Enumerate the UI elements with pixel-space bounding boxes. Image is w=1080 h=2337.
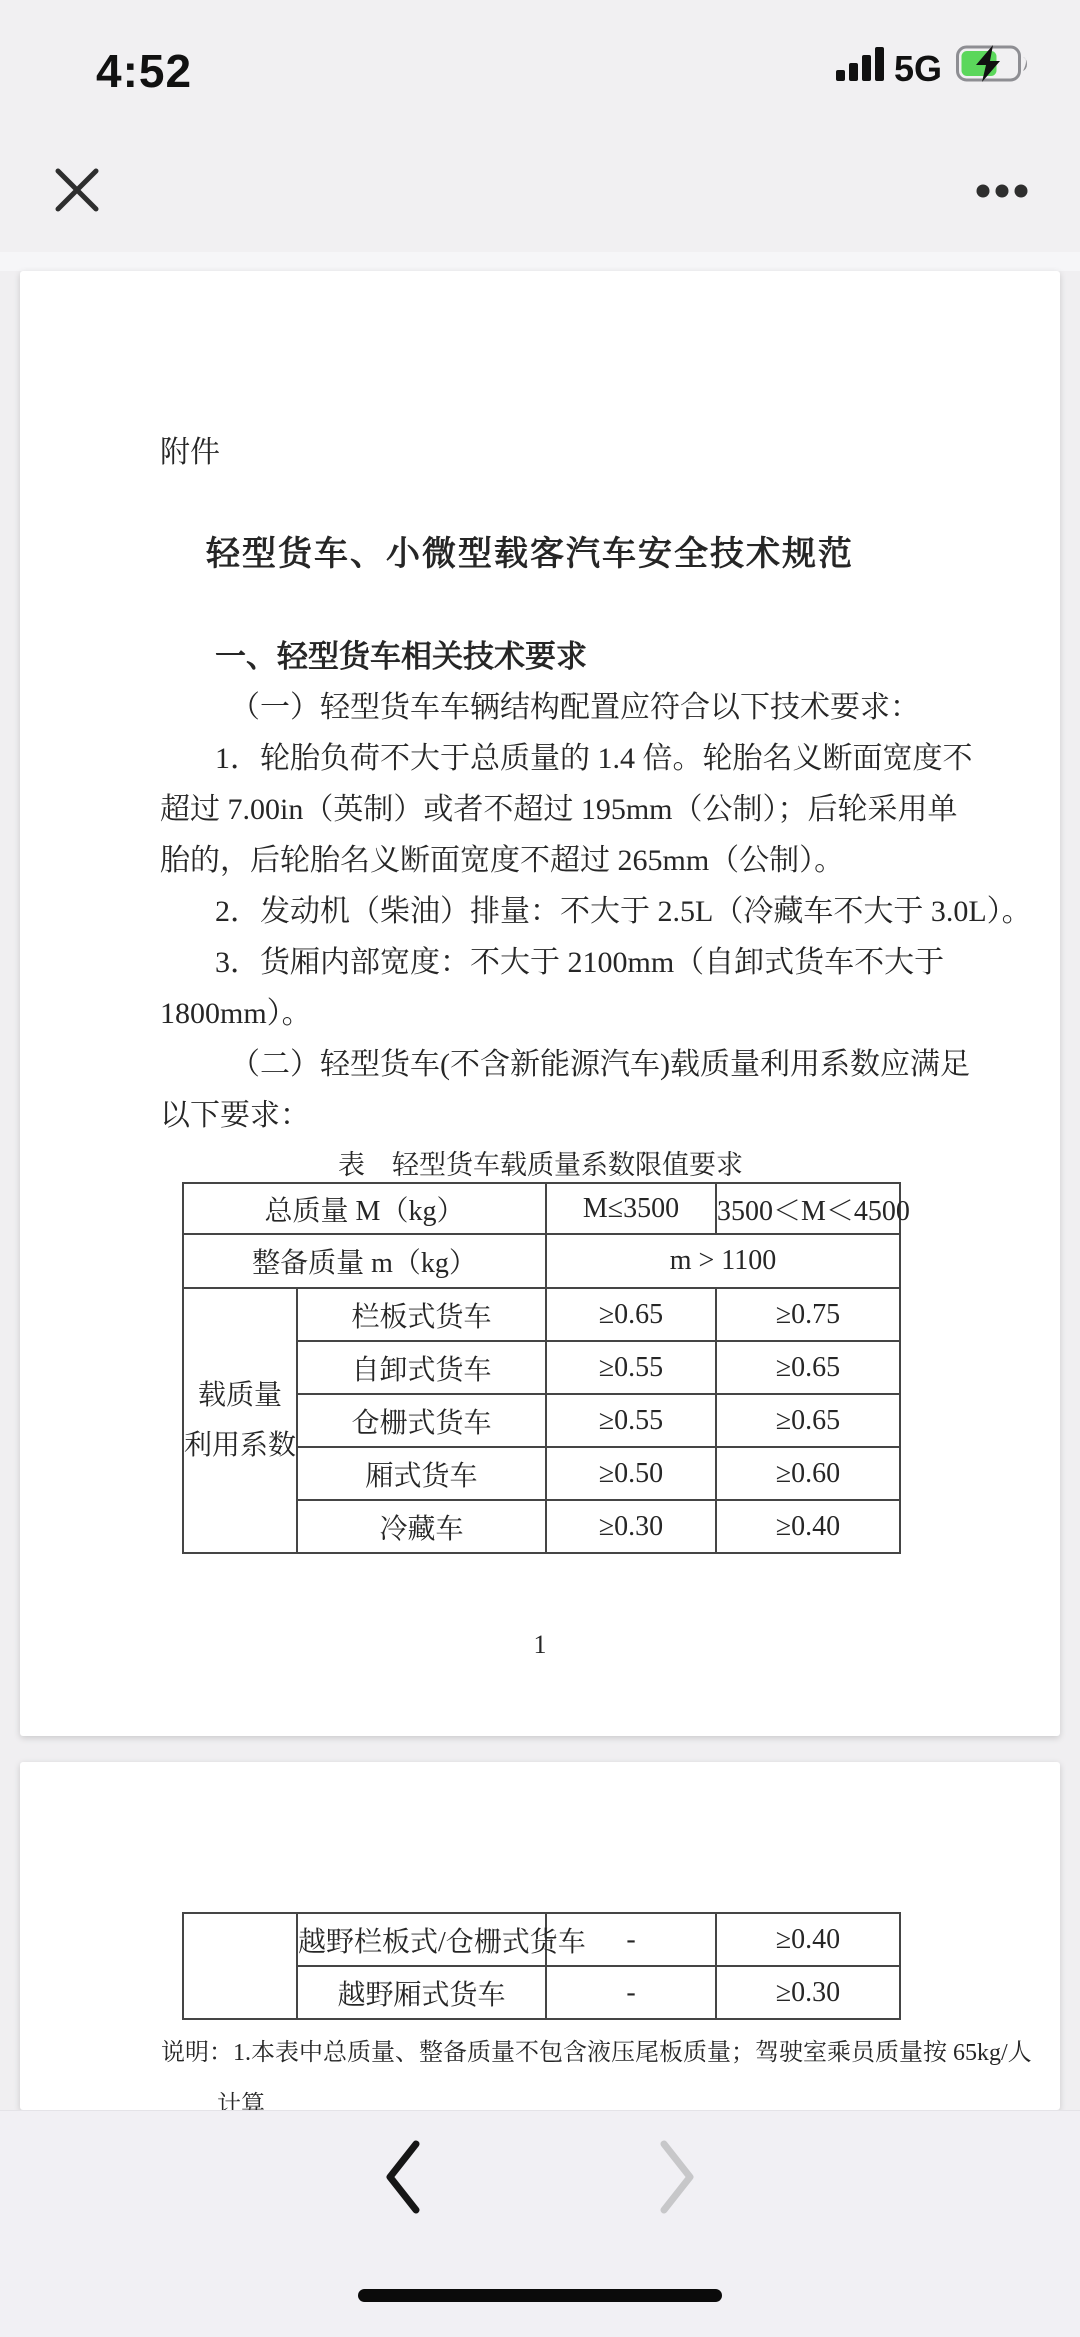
more-button[interactable] bbox=[966, 170, 1038, 212]
cell-value: ≥0.65 bbox=[716, 1394, 900, 1447]
cell-value: ≥0.50 bbox=[546, 1447, 716, 1500]
paragraph-line: 2．发动机（柴油）排量：不大于 2.5L（冷藏车不大于 3.0L）。 bbox=[160, 886, 900, 937]
cell-vehicle-type: 自卸式货车 bbox=[297, 1341, 546, 1394]
table-note-line1: 说明：1.本表中总质量、整备质量不包含液压尾板质量；驾驶室乘员质量按 65kg/… bbox=[161, 2038, 1032, 2068]
table-row: 整备质量 m（kg） m > 1100 bbox=[183, 1234, 900, 1288]
cell-vehicle-type: 越野厢式货车 bbox=[297, 1966, 546, 2019]
table-row: 载质量 利用系数 栏板式货车 ≥0.65 ≥0.75 bbox=[183, 1288, 900, 1341]
paragraph-line: （二）轻型货车(不含新能源汽车)载质量利用系数应满足 bbox=[160, 1039, 900, 1090]
paragraph-line: 以下要求： bbox=[160, 1090, 900, 1141]
screen: { "status_bar": { "time": "4:52", "netwo… bbox=[0, 0, 1080, 2337]
cell-value: ≥0.55 bbox=[546, 1341, 716, 1394]
signal-bars-icon bbox=[836, 44, 888, 84]
cell-value: ≥0.60 bbox=[716, 1447, 900, 1500]
ellipsis-icon bbox=[977, 185, 1028, 198]
battery-charging-icon bbox=[956, 44, 1034, 84]
cell-value: - bbox=[546, 1966, 716, 2019]
home-indicator[interactable] bbox=[358, 2289, 722, 2302]
paragraph-line: 1．轮胎负荷不大于总质量的 1.4 倍。轮胎名义断面宽度不 bbox=[160, 733, 900, 784]
section-heading: 一、轻型货车相关技术要求 bbox=[160, 631, 900, 682]
paragraph-line: 1800mm）。 bbox=[160, 988, 900, 1039]
cell-value: ≥0.75 bbox=[716, 1288, 900, 1341]
cell-mass-range-1: M≤3500 bbox=[546, 1183, 716, 1234]
cell-curb-mass-label: 整备质量 m（kg） bbox=[183, 1234, 546, 1288]
paragraph-line: （一）轻型货车车辆结构配置应符合以下技术要求： bbox=[160, 682, 900, 733]
document-page-2: 越野栏板式/仓栅式货车 - ≥0.40 越野厢式货车 - ≥0.30 说明：1.… bbox=[20, 1762, 1060, 2110]
pager-bar bbox=[0, 2110, 1080, 2337]
close-icon bbox=[58, 171, 96, 209]
network-type-label: 5G bbox=[894, 48, 942, 90]
attachment-label: 附件 bbox=[160, 427, 900, 478]
cell-vehicle-type: 冷藏车 bbox=[297, 1500, 546, 1553]
prev-page-button[interactable] bbox=[380, 2138, 424, 2216]
chevron-left-icon bbox=[390, 2144, 416, 2210]
table-row: 总质量 M（kg） M≤3500 3500＜M＜4500 bbox=[183, 1183, 900, 1234]
paragraph-line: 胎的，后轮胎名义断面宽度不超过 265mm（公制）。 bbox=[160, 835, 900, 886]
status-time: 4:52 bbox=[96, 44, 192, 98]
chevron-right-icon bbox=[664, 2144, 690, 2210]
table-row: 越野栏板式/仓栅式货车 - ≥0.40 bbox=[183, 1913, 900, 1966]
next-page-button[interactable] bbox=[656, 2138, 700, 2216]
cell-value: ≥0.65 bbox=[546, 1288, 716, 1341]
document-body-text: 附件 轻型货车、小微型载客汽车安全技术规范 一、轻型货车相关技术要求 （一）轻型… bbox=[160, 427, 900, 1141]
cell-vehicle-type: 栏板式货车 bbox=[297, 1288, 546, 1341]
cell-vehicle-type: 越野栏板式/仓栅式货车 bbox=[297, 1913, 546, 1966]
paragraph-line: 超过 7.00in（英制）或者不超过 195mm（公制）；后轮采用单 bbox=[160, 784, 900, 835]
cell-value: ≥0.40 bbox=[716, 1500, 900, 1553]
cell-group-label: 载质量 利用系数 bbox=[183, 1288, 297, 1553]
page-number: 1 bbox=[20, 1632, 1060, 1658]
document-title: 轻型货车、小微型载客汽车安全技术规范 bbox=[160, 529, 900, 580]
load-mass-coefficient-table-continued: 越野栏板式/仓栅式货车 - ≥0.40 越野厢式货车 - ≥0.30 bbox=[182, 1912, 901, 2020]
cell-value: ≥0.30 bbox=[716, 1966, 900, 2019]
cell-mass-range-2: 3500＜M＜4500 bbox=[716, 1183, 900, 1234]
cell-vehicle-type: 仓栅式货车 bbox=[297, 1394, 546, 1447]
table-note-line2: 计算 bbox=[217, 2090, 265, 2110]
scroll-area-top-strip bbox=[0, 252, 1080, 271]
status-nav-background bbox=[0, 0, 1080, 252]
cell-total-mass-label: 总质量 M（kg） bbox=[183, 1183, 546, 1234]
paragraph-line: 3．货厢内部宽度：不大于 2100mm（自卸式货车不大于 bbox=[160, 937, 900, 988]
group-label-line2: 利用系数 bbox=[184, 1421, 296, 1471]
cell-value: ≥0.65 bbox=[716, 1341, 900, 1394]
cell-value: ≥0.40 bbox=[716, 1913, 900, 1966]
document-page-1: 附件 轻型货车、小微型载客汽车安全技术规范 一、轻型货车相关技术要求 （一）轻型… bbox=[20, 271, 1060, 1736]
cell-vehicle-type: 厢式货车 bbox=[297, 1447, 546, 1500]
cell-curb-mass-value: m > 1100 bbox=[546, 1234, 900, 1288]
cell-value: ≥0.30 bbox=[546, 1500, 716, 1553]
load-mass-coefficient-table: 总质量 M（kg） M≤3500 3500＜M＜4500 整备质量 m（kg） … bbox=[182, 1182, 901, 1554]
close-button[interactable] bbox=[44, 158, 108, 222]
cell-value: ≥0.55 bbox=[546, 1394, 716, 1447]
cell-group-label-empty bbox=[183, 1913, 297, 2019]
group-label-line1: 载质量 bbox=[184, 1371, 296, 1421]
